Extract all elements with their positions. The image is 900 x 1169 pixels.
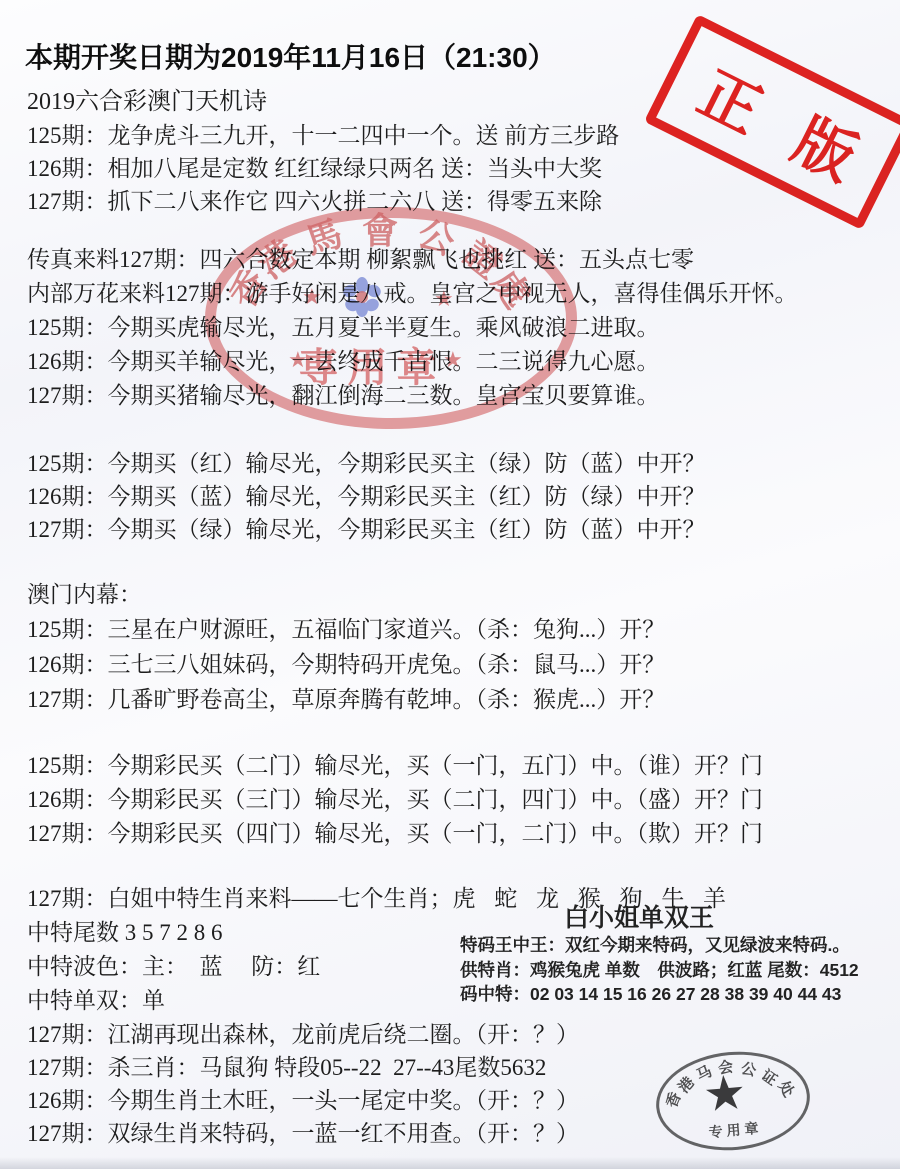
baixiaojie-box: 白小姐单双王 特码王中王：双红今期来特码，又见绿波来特码.。 供特肖：鸡猴兔虎 … bbox=[460, 903, 896, 1007]
baixiaojie-line: 码中特：02 03 14 15 16 26 27 28 38 39 40 44 … bbox=[460, 982, 896, 1007]
zodiac-prefix: 127期：白姐中特生肖来料——七个生肖； bbox=[27, 886, 453, 911]
bottom-line: 127期：双绿生肖来特码，一蓝一红不用查。（开：？） bbox=[27, 1117, 579, 1150]
baixiaojie-title: 白小姐单双王 bbox=[460, 903, 896, 933]
zhengban-char: 正 bbox=[686, 46, 778, 150]
color-buy-line: 126期：今期买（蓝）输尽光，今期彩民买主（红）防（绿）中开？ bbox=[27, 480, 706, 513]
poem-line: 125期：龙争虎斗三九开，十一二四中一个。送 前方三步路 bbox=[27, 119, 619, 152]
bottom-line: 126期：今期生肖土木旺，一头一尾定中奖。（开：？） bbox=[27, 1084, 579, 1117]
section-color-buy: 125期：今期买（红）输尽光，今期彩民买主（绿）防（蓝）中开？ 126期：今期买… bbox=[27, 447, 706, 546]
door-line: 126期：今期彩民买（三门）输尽光，买（二门，四门）中。（盛）开？门 bbox=[27, 783, 763, 817]
section-heading: 2019六合彩澳门天机诗 bbox=[27, 86, 619, 119]
section-doors: 125期：今期彩民买（二门）输尽光，买（一门，五门）中。（谁）开？门 126期：… bbox=[27, 749, 763, 851]
section-material: 传真来料127期：四六合数定本期 柳絮飘飞也挑红 送：五头点七零 内部万花来料1… bbox=[27, 243, 798, 413]
oval-notary-stamp: 香 港 马 会 公 证 处 ★ 专用章 bbox=[650, 1043, 816, 1158]
poem-line: 126期：相加八尾是定数 红红绿绿只两名 送：当头中大奖 bbox=[27, 152, 619, 185]
zhengban-stamp: 正 版 bbox=[644, 14, 900, 230]
neimu-line: 126期：三七三八姐妹码，今期特码开虎兔。（杀：鼠马...）开？ bbox=[27, 647, 665, 682]
section-bottom: 127期：江湖再现出森林，龙前虎后绕二圈。（开：？） 127期：杀三肖：马鼠狗 … bbox=[27, 1018, 579, 1150]
poem-line: 127期：抓下二八来作它 四六火拼二六八 送：得零五来除 bbox=[27, 185, 619, 218]
zhengban-char: 版 bbox=[781, 94, 873, 198]
material-line: 内部万花来料127期：游手好闲是八戒。皇宫之中视无人，喜得佳偶乐开怀。 bbox=[27, 277, 798, 311]
door-line: 125期：今期彩民买（二门）输尽光，买（一门，五门）中。（谁）开？门 bbox=[27, 749, 763, 783]
section-neimu: 澳门内幕： 125期：三星在户财源旺，五福临门家道兴。（杀：兔狗...）开？ 1… bbox=[27, 577, 665, 717]
color-buy-line: 125期：今期买（红）输尽光，今期彩民买主（绿）防（蓝）中开？ bbox=[27, 447, 706, 480]
neimu-line: 125期：三星在户财源旺，五福临门家道兴。（杀：兔狗...）开？ bbox=[27, 612, 665, 647]
baixiaojie-line: 特码王中王：双红今期来特码，又见绿波来特码.。 bbox=[460, 933, 896, 958]
bottom-line: 127期：江湖再现出森林，龙前虎后绕二圈。（开：？） bbox=[27, 1018, 579, 1051]
color-buy-line: 127期：今期买（绿）输尽光，今期彩民买主（红）防（蓝）中开？ bbox=[27, 513, 706, 546]
material-line: 传真来料127期：四六合数定本期 柳絮飘飞也挑红 送：五头点七零 bbox=[27, 243, 798, 277]
material-line: 125期：今期买虎输尽光，五月夏半半夏生。乘风破浪二进取。 bbox=[27, 311, 798, 345]
scan-edge-shadow bbox=[0, 1157, 900, 1169]
star-icon: ★ bbox=[701, 1069, 748, 1121]
page-title: 本期开奖日期为2019年11月16日（21:30） bbox=[25, 36, 556, 76]
material-line: 126期：今期买羊输尽光，一去终成千古恨。二三说得九心愿。 bbox=[27, 345, 798, 379]
section-tianjishi: 2019六合彩澳门天机诗 125期：龙争虎斗三九开，十一二四中一个。送 前方三步… bbox=[27, 86, 619, 218]
bottom-line: 127期：杀三肖：马鼠狗 特段05--22 27--43尾数5632 bbox=[27, 1051, 579, 1084]
section-heading: 澳门内幕： bbox=[27, 577, 665, 612]
lottery-tip-sheet: 本期开奖日期为2019年11月16日（21:30） 2019六合彩澳门天机诗 1… bbox=[0, 0, 900, 1169]
neimu-line: 127期：几番旷野卷高尘，草原奔腾有乾坤。（杀：猴虎...）开？ bbox=[27, 682, 665, 717]
material-line: 127期：今期买猪输尽光，翻江倒海二三数。皇宫宝贝要算谁。 bbox=[27, 379, 798, 413]
baixiaojie-line: 供特肖：鸡猴兔虎 单数 供波路；红蓝 尾数：4512 bbox=[460, 958, 896, 983]
door-line: 127期：今期彩民买（四门）输尽光，买（一门，二门）中。（欺）开？门 bbox=[27, 817, 763, 851]
